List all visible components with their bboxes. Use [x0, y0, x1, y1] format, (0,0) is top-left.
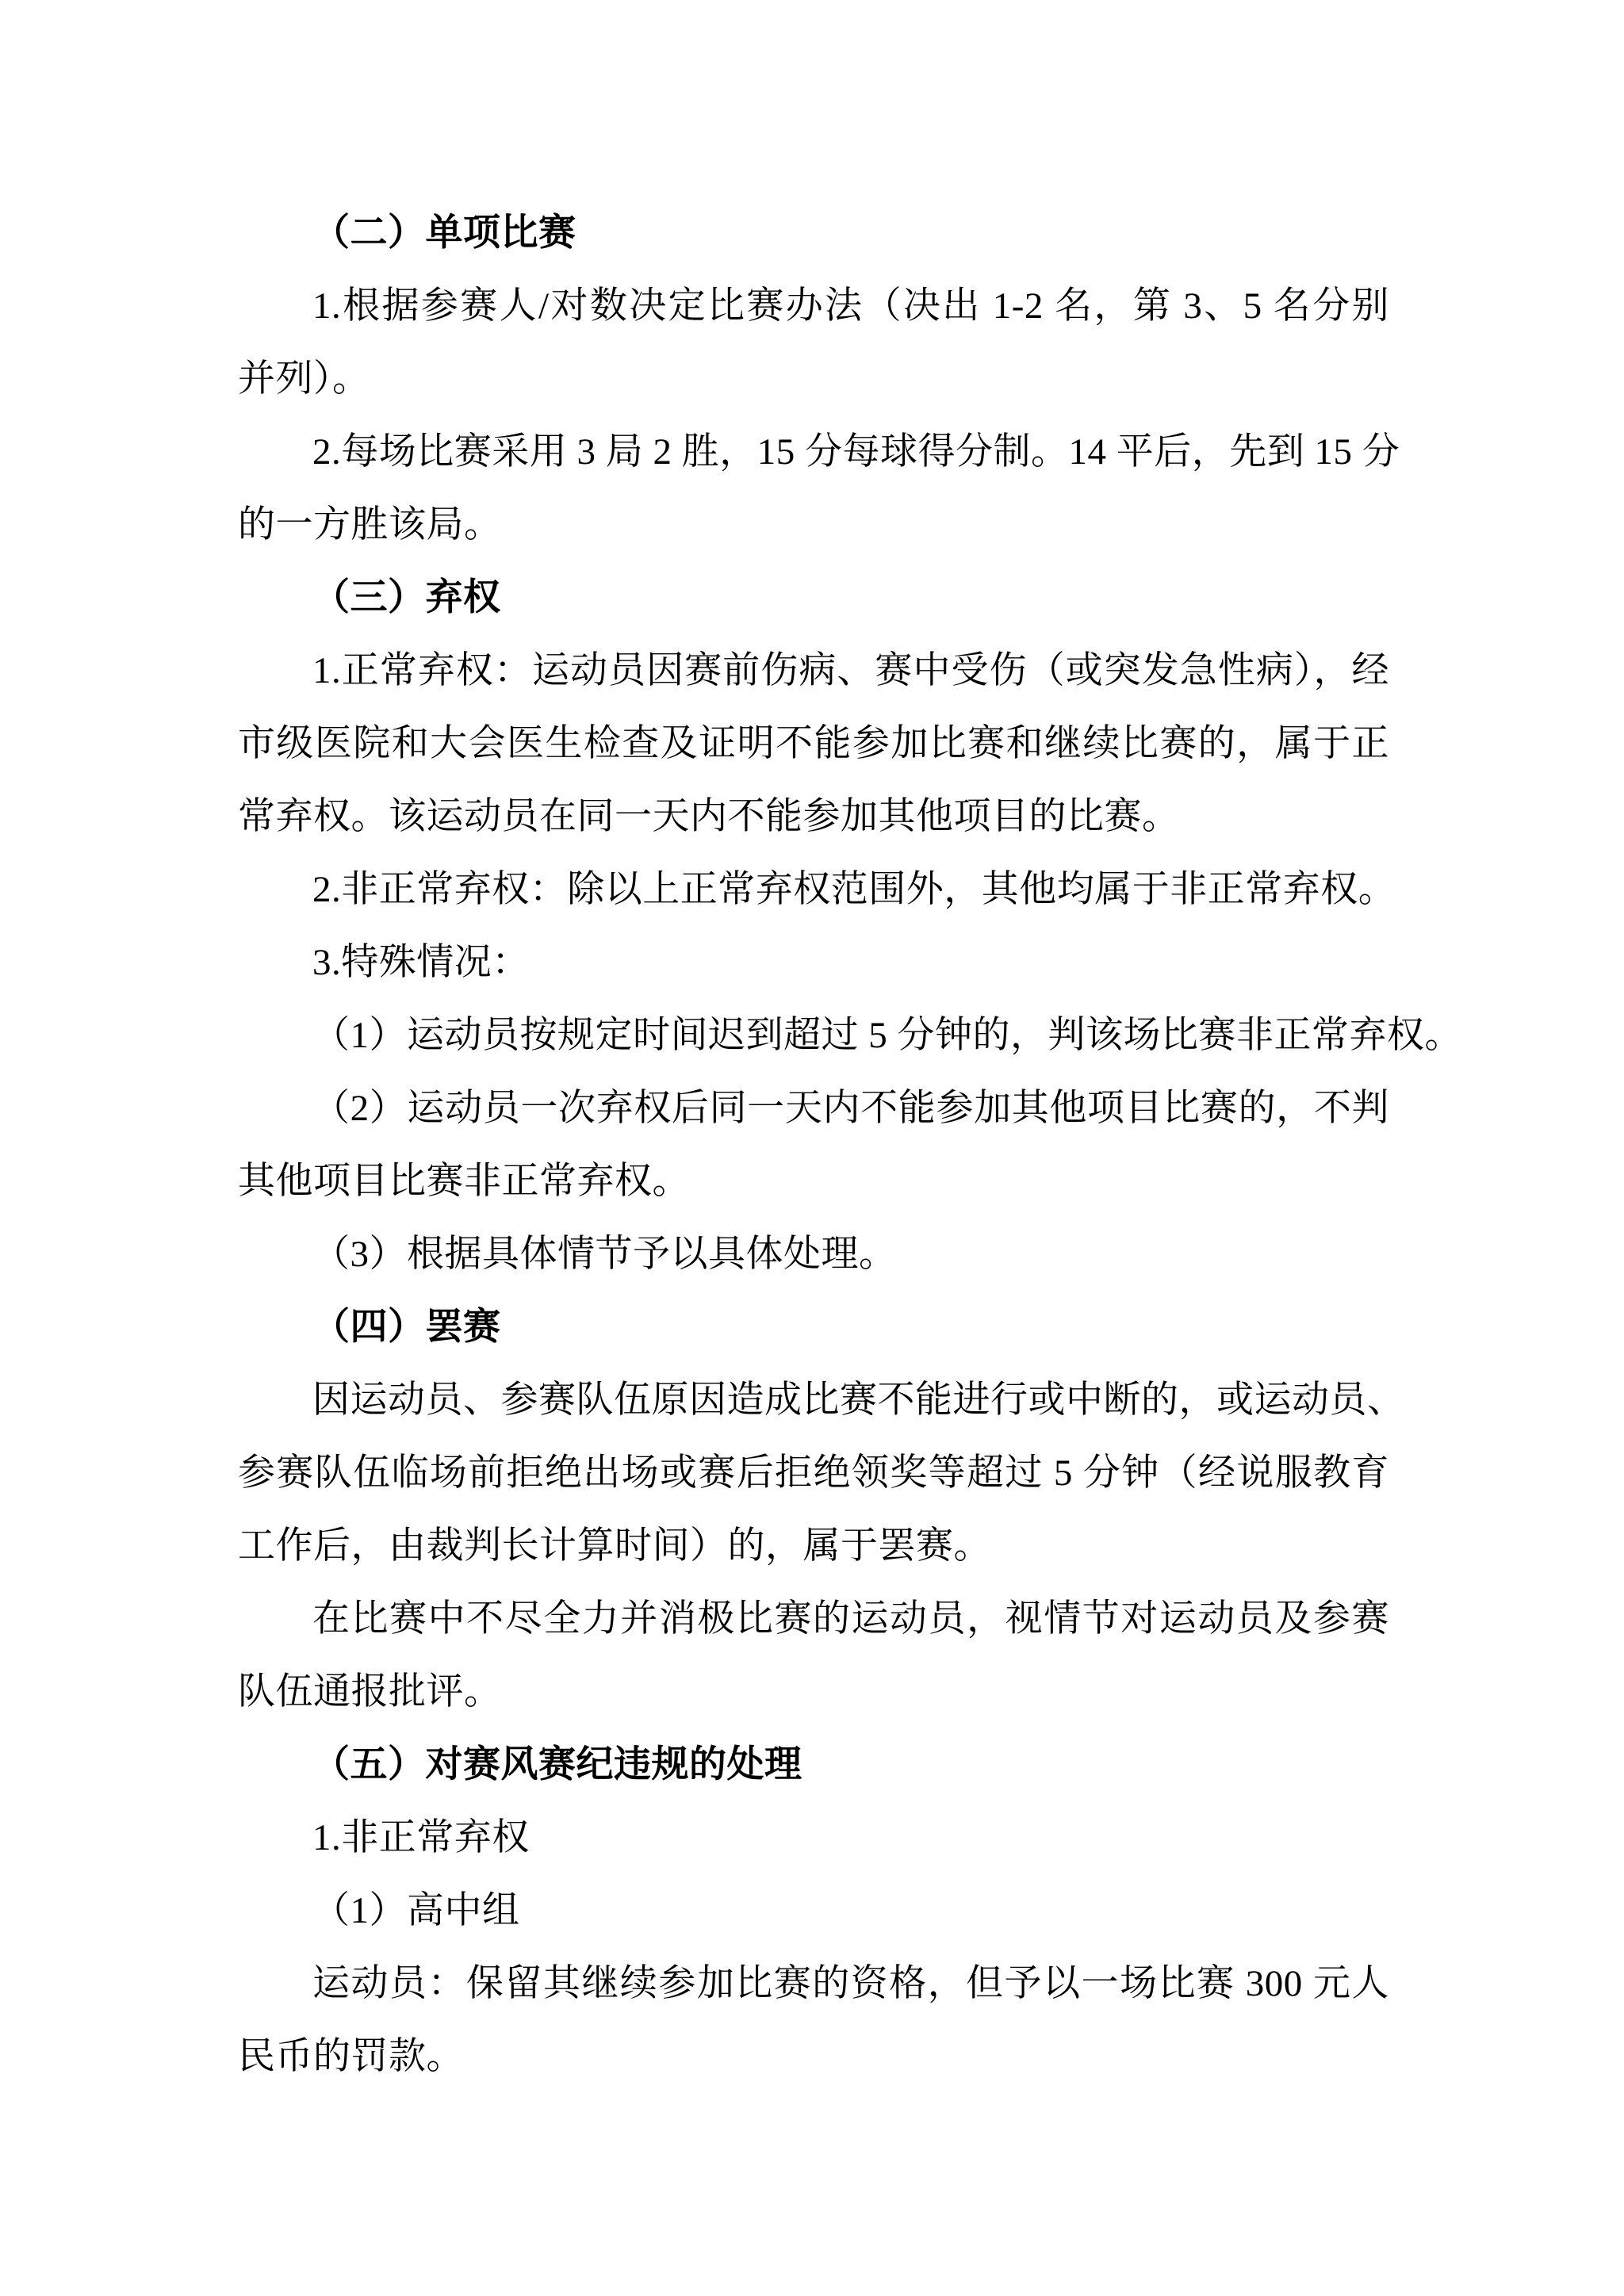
text-line: 民币的罚款。 [238, 2020, 1389, 2093]
text-line: 在比赛中不尽全力并消极比赛的运动员，视情节对运动员及参赛 [238, 1582, 1389, 1655]
text-line: 1.根据参赛人/对数决定比赛办法（决出 1-2 名，第 3、5 名分别 [238, 270, 1389, 342]
text-line: 常弃权。该运动员在同一天内不能参加其他项目的比赛。 [238, 780, 1389, 853]
text-line: 运动员：保留其继续参加比赛的资格，但予以一场比赛 300 元人 [238, 1947, 1389, 2020]
text-line: 1.正常弃权：运动员因赛前伤病、赛中受伤（或突发急性病），经 [238, 634, 1389, 707]
text-line: （2）运动员一次弃权后同一天内不能参加其他项目比赛的，不判 [238, 1072, 1389, 1145]
text-line: 3.特殊情况： [238, 926, 1389, 999]
section-heading: （三）弃权 [238, 561, 1389, 634]
text-line: 参赛队伍临场前拒绝出场或赛后拒绝领奖等超过 5 分钟（经说服教育 [238, 1437, 1389, 1510]
text-line: （3）根据具体情节予以具体处理。 [238, 1218, 1389, 1291]
text-line: 2.每场比赛采用 3 局 2 胜，15 分每球得分制。14 平后，先到 15 分 [238, 415, 1389, 488]
document-page: （二）单项比赛1.根据参赛人/对数决定比赛办法（决出 1-2 名，第 3、5 名… [0, 0, 1624, 2296]
text-line: （1）运动员按规定时间迟到超过 5 分钟的，判该场比赛非正常弃权。 [238, 999, 1389, 1072]
text-line: 工作后，由裁判长计算时间）的，属于罢赛。 [238, 1510, 1389, 1582]
text-line: （1）高中组 [238, 1874, 1389, 1947]
text-line: 因运动员、参赛队伍原因造成比赛不能进行或中断的，或运动员、 [238, 1364, 1389, 1437]
document-body: （二）单项比赛1.根据参赛人/对数决定比赛办法（决出 1-2 名，第 3、5 名… [238, 197, 1389, 2093]
section-heading: （五）对赛风赛纪违规的处理 [238, 1728, 1389, 1801]
text-line: 的一方胜该局。 [238, 488, 1389, 561]
text-line: 其他项目比赛非正常弃权。 [238, 1145, 1389, 1218]
section-heading: （四）罢赛 [238, 1291, 1389, 1364]
text-line: 队伍通报批评。 [238, 1655, 1389, 1728]
text-line: 并列）。 [238, 342, 1389, 415]
text-line: 1.非正常弃权 [238, 1801, 1389, 1874]
text-line: 2.非正常弃权：除以上正常弃权范围外，其他均属于非正常弃权。 [238, 853, 1389, 926]
text-line: 市级医院和大会医生检查及证明不能参加比赛和继续比赛的，属于正 [238, 707, 1389, 780]
section-heading: （二）单项比赛 [238, 197, 1389, 270]
